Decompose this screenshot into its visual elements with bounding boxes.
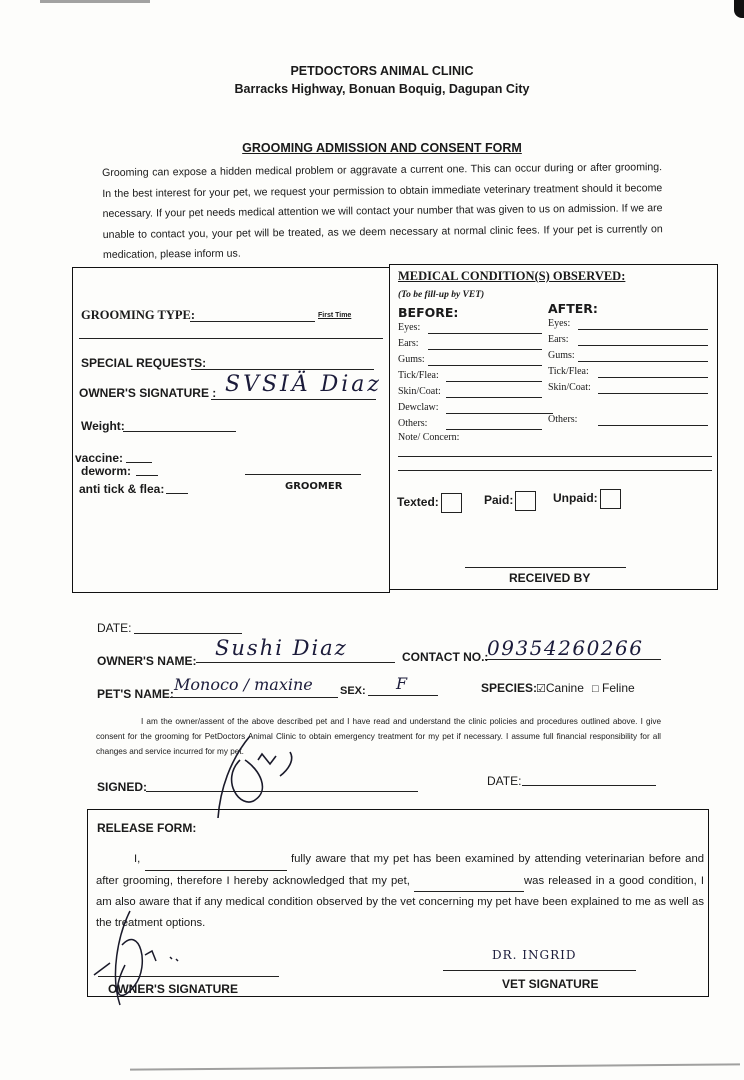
release-pet-name-field[interactable] (414, 871, 524, 893)
before-field-label: Ears: (398, 338, 419, 349)
special-requests-label: SPECIAL REQUESTS: (81, 356, 206, 370)
before-field-label: Skin/Coat: (398, 386, 441, 397)
before-heading: BEFORE: (398, 305, 458, 320)
sex-field[interactable] (368, 695, 438, 696)
release-text-start: I, (134, 853, 140, 865)
consent-date-field[interactable] (522, 785, 656, 786)
deworm-label: deworm: (81, 464, 131, 478)
paid-label: Paid: (484, 493, 513, 507)
before-field-input[interactable] (428, 333, 542, 334)
date-field[interactable] (134, 633, 242, 634)
sex-value: F (396, 674, 407, 693)
scan-edge-artifact (40, 0, 150, 3)
grooming-type-label: GROOMING TYPE: (81, 308, 195, 323)
after-field-input[interactable] (578, 329, 708, 330)
vet-signature-label: VET SIGNATURE (502, 977, 598, 991)
after-field-label: Gums: (548, 350, 575, 361)
groomer-signature-field[interactable] (245, 474, 361, 475)
received-by-label: RECEIVED BY (509, 571, 590, 585)
after-field-label: Skin/Coat: (548, 382, 591, 393)
scan-corner-artifact (734, 0, 744, 18)
weight-label: Weight: (81, 419, 125, 433)
owner-name-value: Sushi Diaz (215, 636, 348, 660)
before-field-input[interactable] (446, 397, 542, 398)
after-field-input[interactable] (598, 425, 708, 426)
checkbox-empty-icon[interactable]: □ (592, 683, 599, 695)
species-label: SPECIES: (481, 681, 537, 695)
after-field-label: Others: (548, 414, 577, 425)
owner-name-label: OWNER'S NAME: (97, 654, 197, 668)
medical-conditions-section: MEDICAL CONDITION(S) OBSERVED: (To be fi… (389, 264, 718, 590)
medical-subtitle: (To be fill-up by VET) (398, 290, 484, 300)
consent-signature-scribble (200, 730, 310, 820)
before-field-label: Gums: (398, 354, 425, 365)
signed-label: SIGNED: (97, 780, 147, 794)
before-field-input[interactable] (446, 413, 553, 414)
owner-signature-value: SVSIÄ Diaz (225, 372, 382, 397)
after-field-label: Ears: (548, 334, 569, 345)
after-field-label: Tick/Flea: (548, 366, 589, 377)
before-field-input[interactable] (428, 349, 542, 350)
grooming-section: GROOMING TYPE: First Time SPECIAL REQUES… (72, 267, 390, 593)
after-field-input[interactable] (578, 345, 708, 346)
species-canine-option[interactable]: ☑Canine (536, 681, 584, 695)
vaccine-label: vaccine: (75, 451, 123, 465)
received-by-field[interactable] (465, 567, 626, 568)
grooming-type-extra-line[interactable] (79, 338, 383, 339)
vet-signature-value: DR. INGRID (492, 948, 577, 962)
pet-name-value: Monoco / maxine (174, 675, 313, 694)
before-field-label: Others: (398, 418, 427, 429)
scan-edge-artifact (130, 1063, 740, 1070)
weight-field[interactable] (123, 431, 236, 432)
note-concern-line-1[interactable] (398, 456, 712, 457)
consent-text: I am the owner/assent of the above descr… (96, 717, 661, 756)
owner-name-field[interactable] (196, 662, 395, 663)
canine-label: Canine (546, 681, 584, 695)
release-owner-name-field[interactable] (145, 849, 287, 871)
pet-name-label: PET'S NAME: (97, 687, 174, 701)
before-field-input[interactable] (446, 381, 542, 382)
intro-paragraph: Grooming can expose a hidden medical pro… (102, 157, 663, 265)
consent-date-label: DATE: (487, 774, 521, 788)
before-field-input[interactable] (428, 365, 542, 366)
consent-paragraph: I am the owner/assent of the above descr… (96, 714, 661, 759)
after-heading: AFTER: (548, 301, 598, 316)
feline-label: Feline (602, 681, 635, 695)
deworm-field[interactable] (136, 475, 158, 476)
texted-checkbox[interactable]: Texted: (397, 493, 462, 513)
anti-tick-flea-field[interactable] (166, 493, 188, 494)
before-field-label: Eyes: (398, 322, 420, 333)
after-field-input[interactable] (598, 393, 708, 394)
vaccine-field[interactable] (126, 462, 152, 463)
texted-box[interactable] (441, 493, 462, 513)
date-label: DATE: (97, 621, 131, 635)
before-field-input[interactable] (446, 429, 542, 430)
release-title: RELEASE FORM: (97, 821, 196, 835)
clinic-name: PETDOCTORS ANIMAL CLINIC (0, 64, 744, 78)
medical-title: MEDICAL CONDITION(S) OBSERVED: (398, 269, 625, 284)
contact-label: CONTACT NO.: (402, 650, 488, 664)
paid-box[interactable] (515, 491, 536, 511)
groomer-label: GROOMER (285, 481, 342, 492)
unpaid-label: Unpaid: (553, 491, 598, 505)
owner-signature-label: OWNER'S SIGNATURE : (79, 386, 216, 400)
owner-signature-field[interactable] (211, 399, 376, 400)
checkbox-checked-icon[interactable]: ☑ (536, 683, 546, 695)
release-owner-signature-scribble (90, 905, 190, 1015)
note-concern-line-2[interactable] (398, 470, 712, 471)
after-field-input[interactable] (578, 361, 708, 362)
contact-value: 09354260266 (487, 636, 643, 660)
sex-label: SEX: (340, 685, 366, 697)
special-requests-field[interactable] (191, 369, 374, 370)
vet-signature-field[interactable] (443, 970, 636, 971)
clinic-address: Barracks Highway, Bonuan Boquig, Dagupan… (0, 82, 744, 96)
paid-checkbox[interactable]: Paid: (484, 491, 536, 511)
pet-name-field[interactable] (170, 697, 338, 698)
anti-tick-flea-label: anti tick & flea: (79, 482, 164, 496)
note-concern-label: Note/ Concern: (398, 432, 459, 443)
before-field-label: Dewclaw: (398, 402, 439, 413)
after-field-label: Eyes: (548, 318, 570, 329)
form-title: GROOMING ADMISSION AND CONSENT FORM (0, 141, 744, 155)
after-field-input[interactable] (598, 377, 708, 378)
unpaid-box[interactable] (600, 489, 621, 509)
first-time-option[interactable]: First Time (318, 312, 351, 319)
unpaid-checkbox[interactable]: Unpaid: (553, 489, 621, 509)
grooming-type-field[interactable] (190, 321, 315, 322)
texted-label: Texted: (397, 495, 439, 509)
species-feline-option[interactable]: □ Feline (592, 681, 635, 695)
before-field-label: Tick/Flea: (398, 370, 439, 381)
